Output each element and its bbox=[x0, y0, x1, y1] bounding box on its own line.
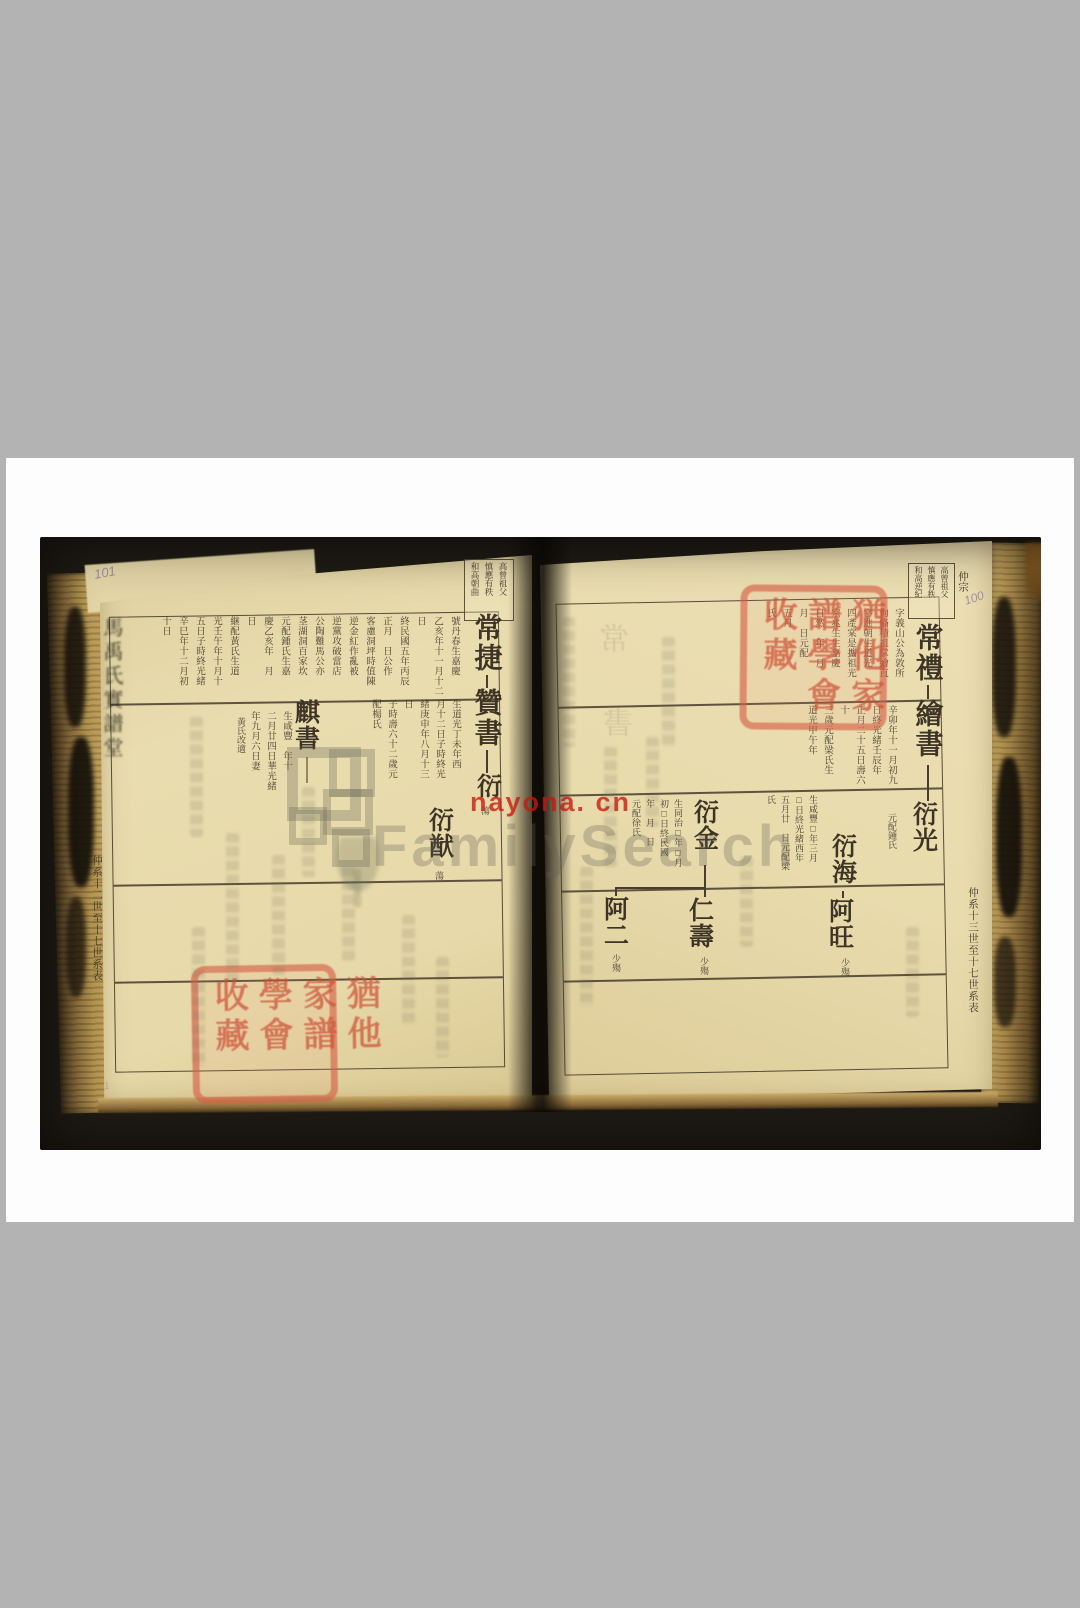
bleed-ghost bbox=[562, 617, 575, 747]
browned-corner bbox=[1026, 543, 1041, 601]
familysearch-tree-trunk bbox=[354, 869, 361, 907]
descent-line bbox=[927, 685, 929, 699]
yanguang-spouse-note: 元配鍾氏 bbox=[885, 813, 898, 861]
bleed-ghost bbox=[906, 927, 919, 1017]
book-scan-photo[interactable]: 馬禹氏實譜堂 101 高曾祖父 慎應有秩 和高朝曲 常捷 贊書 衍 蕩 號丹春生… bbox=[40, 537, 1041, 1150]
bleed-ghost bbox=[662, 637, 675, 747]
descendant-name-yanguang: 衍光 bbox=[910, 801, 936, 859]
left-band2-bio-columns: 生道光丁未年西 月十二日子時終光 緒庚申年八月十三日 子時壽六十二歲元 配楊氏 bbox=[387, 699, 463, 781]
branch-line bbox=[615, 887, 705, 889]
qishu-note: 黃氏改適 bbox=[234, 717, 247, 763]
left-band1-bio-columns: 號丹春生嘉慶 乙亥年十一月十二日 終民國五年丙辰 正月 日公作 客慮洞坪時值陳 … bbox=[172, 616, 462, 702]
white-matte: 馬禹氏實譜堂 101 高曾祖父 慎應有秩 和高朝曲 常捷 贊書 衍 蕩 號丹春生… bbox=[6, 458, 1074, 1222]
right-margin-generation-label: 仲系十三世至十七世系表 bbox=[966, 887, 978, 1029]
bleed-ghost bbox=[190, 717, 203, 837]
bleed-ghost bbox=[272, 855, 285, 975]
fore-edge-title: 馬禹氏實譜堂 bbox=[100, 617, 122, 917]
library-collection-seal: 猶他家譜學會收藏 bbox=[191, 964, 338, 1105]
familysearch-watermark: FamilySearch bbox=[372, 813, 797, 880]
right-corner-note: 高曾祖父 慎應有秩 和高逆紀 bbox=[908, 563, 955, 619]
bleed-ghost bbox=[436, 957, 449, 1057]
ancestor-name-changli: 常禮 bbox=[912, 623, 941, 687]
bleed-ghost bbox=[580, 867, 593, 1007]
descent-line bbox=[842, 891, 844, 898]
fore-edge-ink-smudge bbox=[994, 937, 1016, 1027]
fore-edge-ink-smudge bbox=[996, 757, 1022, 917]
bleed-ghost-char: 常 bbox=[596, 623, 640, 659]
child-name-renshou: 仁壽 bbox=[686, 897, 712, 955]
fore-edge-ink-smudge bbox=[64, 607, 86, 727]
seal-text: 猶他家譜學會收藏 bbox=[746, 591, 893, 723]
ancestor-name-zanshu: 贊書 bbox=[471, 688, 500, 752]
branch-line bbox=[615, 887, 617, 896]
descendant-name-yanhai: 衍海 bbox=[829, 833, 855, 891]
library-collection-seal: 猶他家譜學會收藏 bbox=[739, 584, 887, 730]
child-note: 少殤 bbox=[697, 957, 710, 981]
descent-line bbox=[486, 750, 488, 773]
bleed-ghost bbox=[402, 915, 415, 1025]
descent-line bbox=[927, 765, 929, 801]
bleed-ghost-char: 書 bbox=[600, 707, 644, 743]
qr-watermark bbox=[289, 807, 327, 845]
bleed-ghost bbox=[226, 833, 239, 983]
ancestor-name-changjie: 常捷 bbox=[471, 613, 500, 677]
descent-line bbox=[486, 675, 488, 688]
left-margin-generation-label: 仲系十二世至十七世系表 bbox=[90, 855, 102, 997]
fore-edge-ink-smudge bbox=[66, 897, 86, 997]
child-name-aer: 阿二 bbox=[601, 896, 627, 952]
seal-text: 猶他家譜學會收藏 bbox=[198, 970, 390, 1097]
fore-edge-ink-smudge bbox=[992, 597, 1016, 737]
bleed-ghost bbox=[192, 927, 205, 1067]
left-corner-note: 高曾祖父 慎應有秩 和高朝曲 bbox=[464, 559, 514, 621]
child-note: 少殤 bbox=[838, 958, 851, 982]
child-note: 少殤 bbox=[609, 954, 622, 978]
ancestor-name-huishu: 繪書 bbox=[912, 699, 941, 765]
child-name-awang: 阿旺 bbox=[826, 898, 852, 956]
